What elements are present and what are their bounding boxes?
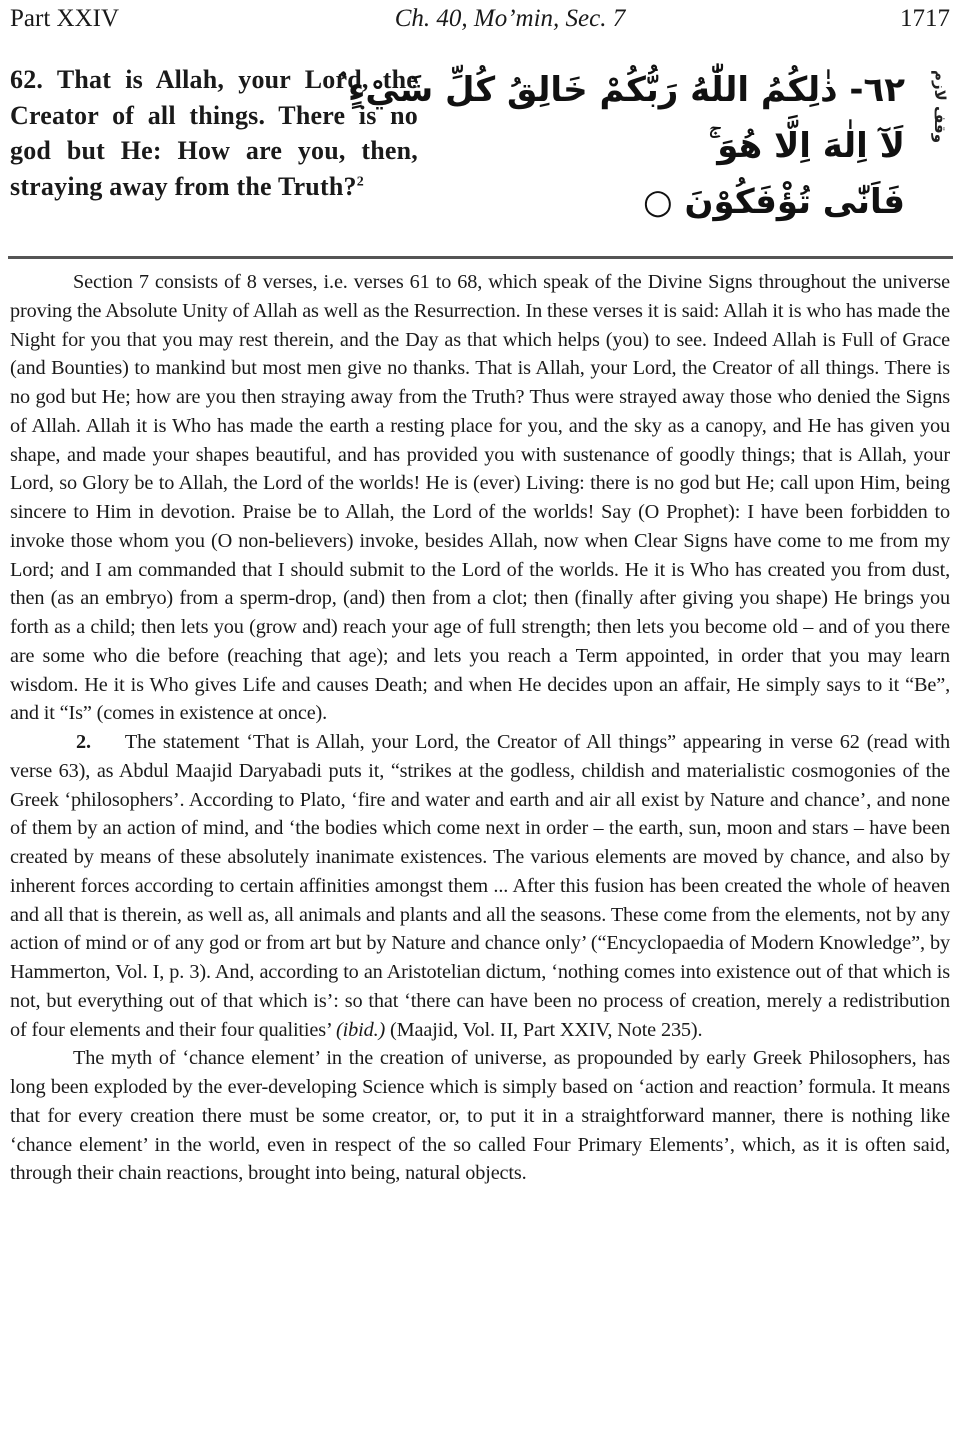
footnote-2: 2.The statement ‘That is Allah, your Lor…	[10, 728, 950, 1044]
footnote-ref[interactable]: 2	[357, 174, 364, 189]
commentary: Section 7 consists of 8 verses, i.e. ver…	[10, 268, 950, 1188]
arabic-line-1: ٦٢- ذٰلِكُمُ اللّٰهُ رَبُّكُمْ خَالِقُ ك…	[465, 62, 905, 118]
running-header: Part XXIV Ch. 40, Mo’min, Sec. 7 1717	[10, 2, 950, 36]
footnote-number: 2.	[76, 731, 91, 753]
commentary-closing: The myth of ‘chance element’ in the crea…	[10, 1044, 950, 1188]
verse-block: 62. That is Allah, your Lord, the Creato…	[10, 62, 960, 252]
verse-arabic: ٦٢- ذٰلِكُمُ اللّٰهُ رَبُّكُمْ خَالِقُ ك…	[465, 62, 905, 252]
commentary-intro: Section 7 consists of 8 verses, i.e. ver…	[10, 268, 950, 728]
arabic-line-2: لَآ اِلٰهَ اِلَّا هُوَ ۚ	[465, 118, 905, 174]
verse-number: 62.	[10, 65, 43, 94]
footnote-text-a: The statement ‘That is Allah, your Lord,…	[10, 731, 950, 1041]
ibid-citation: (ibid.)	[336, 1019, 385, 1041]
waqf-marker: وقف لازم	[925, 70, 949, 150]
chapter-label: Ch. 40, Mo’min, Sec. 7	[10, 2, 950, 36]
arabic-line-3: فَاَنّٰى تُؤْفَكُوْنَ ○	[465, 174, 905, 230]
page-number: 1717	[900, 2, 950, 36]
footnote-text-b: (Maajid, Vol. II, Part XXIV, Note 235).	[385, 1019, 702, 1041]
section-divider	[8, 256, 953, 259]
